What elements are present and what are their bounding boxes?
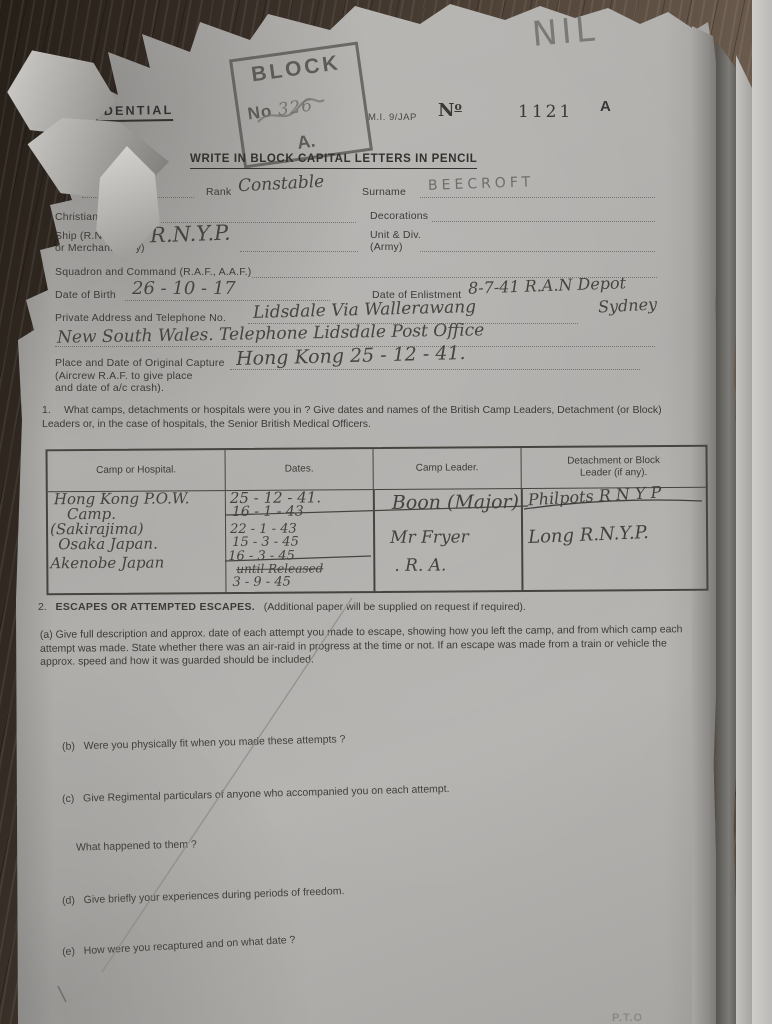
capture-note-line2: and date of a/c crash).	[55, 382, 164, 394]
leader-entry: Boon (Major)	[392, 491, 519, 514]
squadron-command-label: Squadron and Command (R.A.F., A.A.F.)	[55, 266, 252, 278]
address-label: Private Address and Telephone No.	[55, 312, 226, 324]
camp-entry: Akenobe Japan	[50, 553, 164, 572]
question-2-heading-note: (Additional paper will be supplied on re…	[264, 601, 526, 613]
question-2-heading: ESCAPES OR ATTEMPTED ESCAPES.	[56, 601, 255, 613]
date-of-birth-value: 26 - 10 - 17	[132, 278, 236, 299]
header-detachment-leader: Detachment or Block Leader (if any).	[522, 447, 706, 488]
header-detachment-line2: Leader (if any).	[580, 467, 647, 479]
surname-label: Surname	[362, 186, 406, 198]
question-2d-number: (d)	[62, 894, 75, 906]
leader-entry: Mr Fryer	[390, 527, 469, 548]
pto-footer: P.T.O	[612, 1012, 643, 1024]
header-camp-or-hospital: Camp or Hospital.	[48, 450, 226, 491]
ship-value: R.N.Y.P.	[150, 221, 231, 248]
stamp-block-letter: A.	[296, 130, 317, 153]
date-entry: 16 - 1 - 43	[232, 504, 304, 521]
ref-no-o: o	[454, 100, 461, 113]
header-dates: Dates.	[226, 449, 374, 490]
question-2-number: 2.	[38, 601, 47, 613]
question-1-text: What camps, detachments or hospitals wer…	[42, 404, 702, 431]
stamp-number-line: No 326	[240, 95, 314, 125]
stamp-word: BLOCK	[250, 51, 342, 87]
date-of-birth-label: Date of Birth	[55, 289, 116, 301]
detachment-entry: Long R.N.Y.P.	[528, 522, 649, 548]
stamp-number-handwritten: 326	[276, 95, 314, 120]
mi9-dept-label: M.I. 9/JAP	[368, 112, 417, 123]
stamp-no-label: No	[246, 101, 273, 123]
header-detachment-line1: Detachment or Block	[567, 455, 660, 468]
capture-note-line1: (Aircrew R.A.F. to give place	[55, 370, 193, 382]
question-1: 1. What camps, detachments or hospitals …	[42, 404, 702, 431]
question-2b-number: (b)	[62, 740, 75, 752]
question-2-heading-row: 2. ESCAPES OR ATTEMPTED ESCAPES. (Additi…	[38, 601, 718, 615]
scanned-pow-form-photo: NIL BLOCK No 326 A. CONFIDENTIAL M.I. 9/…	[0, 0, 772, 1024]
block-number-stamp: BLOCK No 326 A.	[229, 41, 373, 168]
enlistment-value-sydney: Sydney	[598, 294, 658, 316]
ref-no-label: No	[438, 100, 462, 121]
unit-div-label-line2: (Army)	[370, 241, 403, 253]
leader-entry: . R. A.	[394, 556, 446, 576]
capture-label: Place and Date of Original Capture	[55, 357, 225, 369]
camps-table-body: Hong Kong P.O.W. Camp. (Sakirajima) Osak…	[48, 488, 707, 595]
question-2a-number: (a)	[40, 629, 53, 641]
question-2c-number: (c)	[62, 793, 75, 805]
pencil-note-nil: NIL	[530, 9, 600, 55]
question-1-number: 1.	[42, 404, 51, 418]
ref-no-n: N	[438, 100, 454, 121]
rank-label: Rank	[206, 186, 231, 198]
page-edge-strip	[752, 0, 772, 1024]
date-entry: 3 - 9 - 45	[232, 575, 291, 590]
ref-number: 1121	[518, 102, 573, 122]
form-title: WRITE IN BLOCK CAPITAL LETTERS IN PENCIL	[190, 153, 477, 169]
decorations-label: Decorations	[370, 210, 428, 222]
camp-entry: Osaka Japan.	[58, 535, 158, 554]
question-2a-text: Give full description and approx. date o…	[40, 623, 683, 668]
question-2a: (a) Give full description and approx. da…	[40, 623, 702, 669]
header-camp-leader: Camp Leader.	[374, 448, 522, 489]
ref-series-letter: A	[600, 98, 611, 115]
unit-div-label-line1: Unit & Div.	[370, 229, 421, 241]
camps-table: Camp or Hospital. Dates. Camp Leader. De…	[45, 445, 708, 596]
question-2e-number: (e)	[62, 945, 75, 958]
